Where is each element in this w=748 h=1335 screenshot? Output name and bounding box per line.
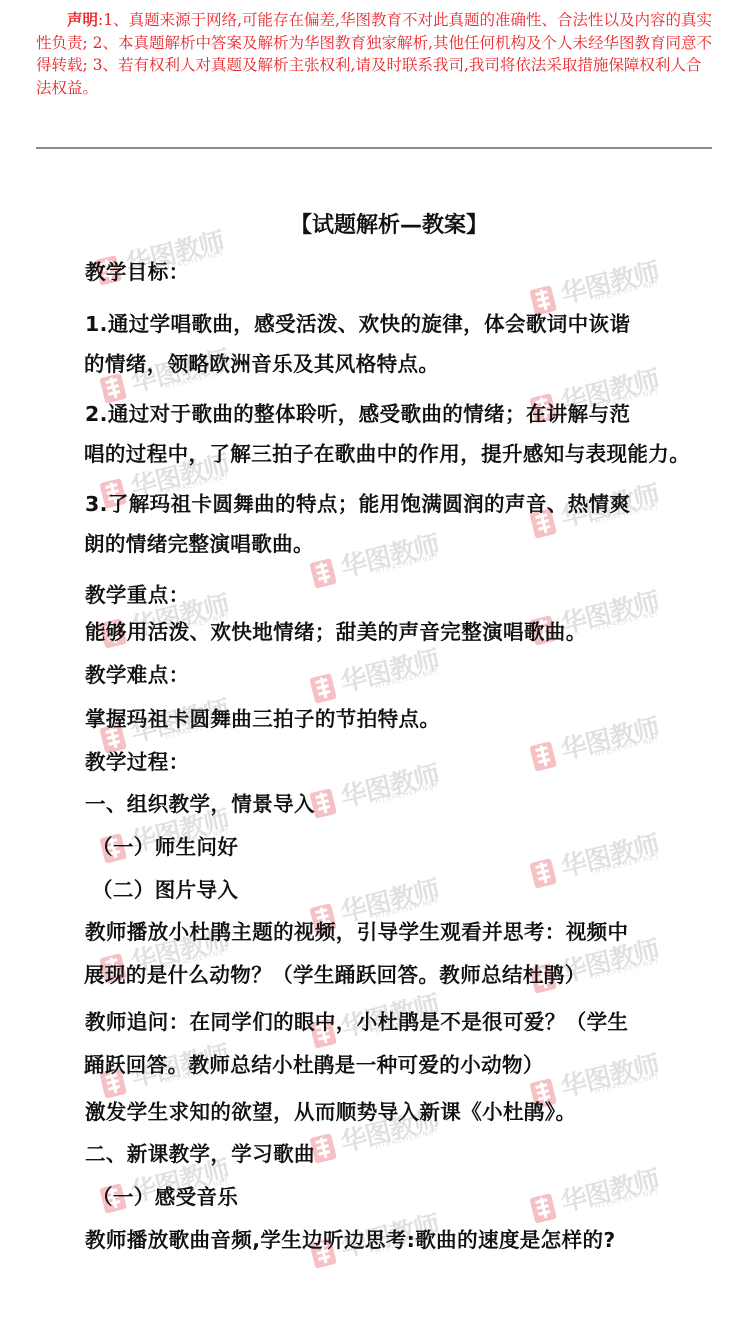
watermark-subtext: HTEACHER.NET <box>374 1127 440 1151</box>
divider-line <box>36 147 712 149</box>
text-line: 朗的情绪完整演唱歌曲。 <box>84 527 314 557</box>
text-line: 教师播放歌曲音频,学生边听边思考:歌曲的速度是怎样的? <box>85 1223 616 1253</box>
watermark-logo: 华图教师HTEACHER.NET <box>307 518 463 597</box>
watermark-text: 华图教师 <box>336 639 442 699</box>
text-line: 一、组织教学，情景导入 <box>85 787 315 817</box>
watermark-logo: 华图教师HTEACHER.NET <box>527 701 683 780</box>
watermark-logo: 华图教师HTEACHER.NET <box>527 1153 683 1232</box>
text-line: 的情绪，领略欧洲音乐及其风格特点。 <box>84 347 439 377</box>
text-line: 教师追问：在同学们的眼中，小杜鹃是不是很可爱？（学生 <box>85 1005 628 1035</box>
watermark-subtext: HTEACHER.NET <box>374 552 440 576</box>
watermark-subtext: HTEACHER.NET <box>594 735 660 759</box>
text-line: 教学过程： <box>85 745 190 775</box>
watermark-text: 华图教师 <box>556 251 662 311</box>
text-line: 3.了解玛祖卡圆舞曲的特点；能用饱满圆润的声音、热情爽 <box>85 487 630 517</box>
watermark-logo: 华图教师HTEACHER.NET <box>307 748 463 827</box>
text-line: 唱的过程中，了解三拍子在歌曲中的作用，提升感知与表现能力。 <box>84 437 690 467</box>
text-line: （二）图片导入 <box>92 873 238 903</box>
huatu-logo-icon <box>529 1193 557 1224</box>
watermark-subtext: HTEACHER.NET <box>594 609 660 633</box>
text-line: 1.通过学唱歌曲，感受活泼、欢快的旋律，体会歌词中诙谐 <box>85 307 630 337</box>
watermark-text: 华图教师 <box>336 524 442 584</box>
disclaimer-label: 声明 <box>67 10 98 29</box>
watermark-subtext: HTEACHER.NET <box>594 279 660 303</box>
text-line: （一）感受音乐 <box>92 1180 238 1210</box>
text-line: 展现的是什么动物？（学生踊跃回答。教师总结杜鹃） <box>84 958 586 988</box>
text-line: 教学重点： <box>85 578 190 608</box>
disclaimer-text: :1、真题来源于网络,可能存在偏差,华图教育不对此真题的准确性、合法性以及内容的… <box>36 11 712 97</box>
text-line: 教学难点： <box>85 658 190 688</box>
text-line: （一）师生问好 <box>92 830 238 860</box>
watermark-subtext: HTEACHER.NET <box>594 1072 660 1096</box>
huatu-logo-icon <box>529 858 557 889</box>
text-line: 踊跃回答。教师总结小杜鹃是一种可爱的小动物） <box>84 1048 544 1078</box>
watermark-text: 华图教师 <box>556 707 662 767</box>
watermark-text: 华图教师 <box>556 824 662 884</box>
watermark-subtext: HTEACHER.NET <box>374 782 440 806</box>
disclaimer-notice: 声明:1、真题来源于网络,可能存在偏差,华图教育不对此真题的准确性、合法性以及内… <box>36 9 712 99</box>
watermark-subtext: HTEACHER.NET <box>594 957 660 981</box>
text-line: 掌握玛祖卡圆舞曲三拍子的节拍特点。 <box>85 702 440 732</box>
watermark-subtext: HTEACHER.NET <box>594 852 660 876</box>
text-line: 教学目标： <box>85 255 190 285</box>
text-line: 激发学生求知的欲望，从而顺势导入新课《小杜鹃》。 <box>85 1095 576 1125</box>
watermark-subtext: HTEACHER.NET <box>594 1187 660 1211</box>
huatu-logo-icon <box>309 558 337 589</box>
huatu-logo-icon <box>309 673 337 704</box>
watermark-subtext: HTEACHER.NET <box>374 667 440 691</box>
page-title: 【试题解析—教案】 <box>0 208 748 239</box>
text-line: 二、新课教学，学习歌曲 <box>85 1137 315 1167</box>
text-line: 能够用活泼、欢快地情绪；甜美的声音完整演唱歌曲。 <box>85 615 587 645</box>
text-line: 教师播放小杜鹃主题的视频，引导学生观看并思考：视频中 <box>85 915 628 945</box>
watermark-text: 华图教师 <box>556 1159 662 1219</box>
watermark-text: 华图教师 <box>336 754 442 814</box>
text-line: 2.通过对于歌曲的整体聆听，感受歌曲的情绪；在讲解与范 <box>85 397 630 427</box>
huatu-logo-icon <box>529 741 557 772</box>
watermark-logo: 华图教师HTEACHER.NET <box>527 818 683 897</box>
